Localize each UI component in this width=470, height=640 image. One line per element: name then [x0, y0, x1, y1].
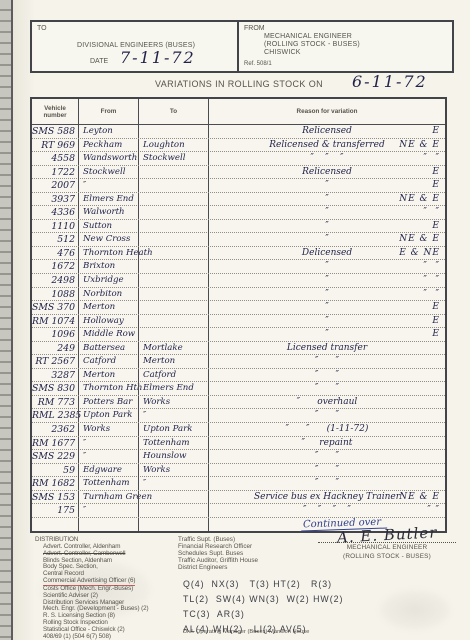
reason-cell: Licensed transfer	[208, 342, 445, 355]
vehicle-number-cell: 175	[32, 504, 78, 517]
date-label: DATE	[90, 58, 108, 65]
vehicle-number-cell: 1096	[32, 328, 78, 341]
reason-cell: ″E	[208, 220, 445, 233]
from-line-1: MECHANICAL ENGINEER	[264, 33, 360, 41]
to-cell	[138, 504, 208, 517]
vehicle-number-cell: 3287	[32, 369, 78, 382]
vehicle-number-cell: 1722	[32, 166, 78, 179]
table-row: RM 1682 Tottenham ″ ″ ″	[32, 477, 445, 491]
vehicle-number-cell: 2498	[32, 274, 78, 287]
vehicle-number-cell: RM 1677	[32, 437, 78, 450]
reason-cell: Service bus ex Hackney TrainerNE & E	[208, 491, 445, 504]
code-line: TC(3) AR(3)	[183, 607, 343, 622]
date-handwritten: 7-11-72	[120, 48, 196, 67]
from-cell: Elmers End	[78, 193, 138, 206]
licensing-mark: NE & E	[399, 193, 440, 206]
from-cell: ″	[78, 179, 138, 192]
vehicle-number-cell: 512	[32, 233, 78, 246]
from-cell: Tottenham	[78, 477, 138, 490]
title-date-handwritten: 6-11-72	[352, 72, 428, 91]
vehicle-number-cell: 3937	[32, 193, 78, 206]
reason-cell: ″ repaint	[208, 437, 445, 450]
reason-cell: DelicensedE & NE	[208, 247, 445, 260]
licensing-mark: ″ ″	[424, 206, 440, 219]
table-row: RML 2385 Upton Park ″ ″ ″	[32, 409, 445, 423]
table-row: 1088 Norbiton ″″ ″	[32, 288, 445, 302]
signatory-role-2: (ROLLING STOCK - BUSES)	[318, 553, 456, 561]
to-cell	[138, 193, 208, 206]
reason-cell: ″NE & E	[208, 233, 445, 246]
page-title: VARIATIONS IN ROLLING STOCK ON	[155, 79, 323, 89]
table-row: 249 Battersea Mortlake Licensed transfer	[32, 342, 445, 356]
from-cell: Battersea	[78, 342, 138, 355]
table-row: 2007 ″ ″E	[32, 179, 445, 193]
reason-cell: ″E	[208, 179, 445, 192]
from-cell: Merton	[78, 301, 138, 314]
to-cell: Works	[138, 464, 208, 477]
reason-cell: ″E	[208, 315, 445, 328]
to-cell: Merton	[138, 355, 208, 368]
table-row: 476 Thornton Heath DelicensedE & NE	[32, 247, 445, 261]
vehicle-number-cell: 1110	[32, 220, 78, 233]
to-box: TO DIVISIONAL ENGINEERS (BUSES) DATE 7-1…	[32, 22, 239, 71]
from-box: FROM MECHANICAL ENGINEER (ROLLING STOCK …	[239, 22, 452, 71]
vehicle-number-cell: 1088	[32, 288, 78, 301]
to-cell	[138, 301, 208, 314]
col-header-reason: Reason for variation	[208, 99, 445, 124]
table-row: SMS 588 Leyton RelicensedE	[32, 125, 445, 139]
table-row: RM 1677 ″ Tottenham ″ repaint	[32, 437, 445, 451]
reason-cell: ″ ″	[208, 477, 445, 490]
distribution-left-items: Advert. Controller, Aldenham Advert. Con…	[35, 544, 183, 640]
from-address: MECHANICAL ENGINEER (ROLLING STOCK - BUS…	[264, 33, 360, 58]
table-row: RM 773 Potters Bar Works ″ overhaul	[32, 396, 445, 410]
distribution-item: 408/69 (1) (504 6(7) 508)	[43, 634, 111, 640]
licensing-mark: ″ ″	[424, 288, 440, 301]
to-cell	[138, 220, 208, 233]
to-cell: Upton Park	[138, 423, 208, 436]
to-cell: Catford	[138, 369, 208, 382]
table-row: 1096 Middle Row ″E	[32, 328, 445, 342]
vehicle-number-cell: 249	[32, 342, 78, 355]
reason-cell: ″ ″	[208, 409, 445, 422]
table-row: 59 Edgware Works ″ ″	[32, 464, 445, 478]
col-header-vehicle-number: Vehicle number	[32, 99, 78, 124]
from-cell: Potters Bar	[78, 396, 138, 409]
licensing-mark: E	[432, 328, 440, 341]
licensing-mark: E & NE	[399, 247, 440, 260]
code-line: Q(4) NX(3) T(3) HT(2) R(3)	[183, 577, 343, 592]
licensing-mark: ″ ″	[427, 504, 440, 517]
reason-cell: ″E	[208, 301, 445, 314]
from-cell: ″	[78, 437, 138, 450]
table-row: 2362 Works Upton Park ″ ″ (1-11-72)	[32, 423, 445, 437]
reason-cell: ″″ ″	[208, 274, 445, 287]
vehicle-number-cell: RM 1682	[32, 477, 78, 490]
reason-cell: ″ ″	[208, 355, 445, 368]
col-header-from: From	[78, 99, 138, 124]
from-cell: Stockwell	[78, 166, 138, 179]
table-row: SMS 370 Merton ″E	[32, 301, 445, 315]
distribution-list-right: Traffic Supt. (Buses) Financial Research…	[178, 537, 258, 572]
to-cell	[138, 328, 208, 341]
table-row: 512 New Cross ″NE & E	[32, 233, 445, 247]
table-row: SMS 830 Thornton Hth Elmers End ″ ″	[32, 382, 445, 396]
licensing-mark: ″ ″	[424, 274, 440, 287]
to-cell: ″	[138, 409, 208, 422]
to-cell: Mortlake	[138, 342, 208, 355]
table-row: 3287 Merton Catford ″ ″	[32, 369, 445, 383]
table-row: 4336 Walworth ″″ ″	[32, 206, 445, 220]
vehicle-number-cell: SMS 370	[32, 301, 78, 314]
licensing-mark: E	[432, 166, 440, 179]
reason-cell: ″ ″ ″″ ″	[208, 152, 445, 165]
from-cell: Turnham Green	[78, 491, 138, 504]
from-cell: Leyton	[78, 125, 138, 138]
table-row: 4558 Wandsworth Stockwell ″ ″ ″″ ″	[32, 152, 445, 166]
to-cell: Stockwell	[138, 152, 208, 165]
vehicle-number-cell: SMS 588	[32, 125, 78, 138]
vehicle-number-cell: RM 773	[32, 396, 78, 409]
to-label: TO	[37, 25, 47, 32]
reason-cell: ″E	[208, 328, 445, 341]
licensing-mark: E	[432, 315, 440, 328]
vehicle-number-cell: 1672	[32, 260, 78, 273]
from-line-3: CHISWICK	[264, 49, 360, 57]
to-cell	[138, 491, 208, 504]
table-row: 1672 Brixton ″″ ″	[32, 260, 445, 274]
to-cell	[138, 206, 208, 219]
licensing-mark: NE & E	[399, 139, 440, 152]
to-cell	[138, 315, 208, 328]
from-cell: Norbiton	[78, 288, 138, 301]
from-cell: Catford	[78, 355, 138, 368]
reason-cell: ″ ″	[208, 450, 445, 463]
to-cell	[138, 125, 208, 138]
from-cell: Thornton Heath	[78, 247, 138, 260]
reason-cell: ″NE & E	[208, 193, 445, 206]
reason-cell: Relicensed & transferredNE & E	[208, 139, 445, 152]
table-row: 2498 Uxbridge ″″ ″	[32, 274, 445, 288]
from-cell: Peckham	[78, 139, 138, 152]
from-cell: Edgware	[78, 464, 138, 477]
licensing-mark: E	[432, 179, 440, 192]
reason-cell: RelicensedE	[208, 125, 445, 138]
vehicle-number-cell: SMS 153	[32, 491, 78, 504]
licensing-mark: ″ ″	[424, 152, 440, 165]
to-cell: Hounslow	[138, 450, 208, 463]
table-row: RM 1074 Holloway ″E	[32, 315, 445, 329]
reason-cell: ″ ″	[208, 382, 445, 395]
from-line-2: (ROLLING STOCK - BUSES)	[264, 41, 360, 49]
from-label: FROM	[244, 25, 265, 32]
from-cell: Brixton	[78, 260, 138, 273]
from-cell	[78, 518, 138, 532]
to-cell	[138, 166, 208, 179]
vehicle-number-cell: 2362	[32, 423, 78, 436]
licensing-mark: E	[432, 220, 440, 233]
table-header-row: Vehicle number From To Reason for variat…	[32, 99, 445, 125]
from-cell: Uxbridge	[78, 274, 138, 287]
reason-cell: ″″ ″	[208, 206, 445, 219]
vehicle-number-cell: 4558	[32, 152, 78, 165]
code-line: TL(2) SW(4) WN(3) W(2) HW(2)	[183, 592, 343, 607]
signature-block: A. E. Butler MECHANICAL ENGINEER (ROLLIN…	[318, 526, 456, 560]
reason-cell: ″ overhaul	[208, 396, 445, 409]
from-cell: Wandsworth	[78, 152, 138, 165]
vehicle-number-cell: 476	[32, 247, 78, 260]
table-row: SMS 153 Turnham Green Service bus ex Hac…	[32, 491, 445, 505]
from-cell: ″	[78, 450, 138, 463]
licensing-mark: NE & E	[399, 491, 440, 504]
table-row: 3937 Elmers End ″NE & E	[32, 193, 445, 207]
to-cell: ″	[138, 477, 208, 490]
to-cell	[138, 518, 208, 532]
to-cell	[138, 260, 208, 273]
from-cell: Merton	[78, 369, 138, 382]
reason-cell: ″″ ″	[208, 288, 445, 301]
from-cell: Walworth	[78, 206, 138, 219]
table-row: SMS 229 ″ Hounslow ″ ″	[32, 450, 445, 464]
from-cell: Sutton	[78, 220, 138, 233]
vehicle-number-cell: RM 1074	[32, 315, 78, 328]
from-cell: Thornton Hth	[78, 382, 138, 395]
licensing-mark: NE & E	[399, 233, 440, 246]
vehicle-number-cell: RML 2385	[32, 409, 78, 422]
table-row: 1722 Stockwell RelicensedE	[32, 166, 445, 180]
from-cell: Works	[78, 423, 138, 436]
variations-table: Vehicle number From To Reason for variat…	[30, 97, 447, 533]
from-cell: ″	[78, 504, 138, 517]
table-row: 1110 Sutton ″E	[32, 220, 445, 234]
licensing-mark: E	[432, 301, 440, 314]
col-header-to: To	[138, 99, 208, 124]
to-cell	[138, 247, 208, 260]
from-cell: Middle Row	[78, 328, 138, 341]
from-cell: Holloway	[78, 315, 138, 328]
vehicle-number-cell	[32, 518, 78, 532]
vehicle-number-cell: SMS 830	[32, 382, 78, 395]
reason-cell: ″ ″ ″ ″″ ″	[208, 504, 445, 517]
licensing-mark: ″ ″	[424, 260, 440, 273]
table-row: RT 969 Peckham Loughton Relicensed & tra…	[32, 139, 445, 153]
scan-artifact	[380, 590, 450, 630]
to-cell	[138, 179, 208, 192]
to-cell: Tottenham	[138, 437, 208, 450]
vehicle-number-cell: 59	[32, 464, 78, 477]
licensing-mark: E	[432, 125, 440, 138]
reason-cell: ″ ″ (1-11-72)	[208, 423, 445, 436]
distribution-list-left: DISTRIBUTION Advert. Controller, Aldenha…	[35, 537, 183, 640]
scanned-memo-page: TO DIVISIONAL ENGINEERS (BUSES) DATE 7-1…	[0, 0, 470, 640]
to-cell	[138, 274, 208, 287]
vehicle-number-cell: 2007	[32, 179, 78, 192]
from-cell: New Cross	[78, 233, 138, 246]
scan-binding-edge	[0, 0, 13, 640]
from-cell: Upton Park	[78, 409, 138, 422]
distribution-item: District Engineers	[178, 565, 227, 572]
to-cell: Elmers End	[138, 382, 208, 395]
garage-allocation-codes: Q(4) NX(3) T(3) HT(2) R(3) TL(2) SW(4) W…	[183, 577, 343, 637]
table-body: SMS 588 Leyton RelicensedE RT 969 Peckha…	[32, 125, 445, 531]
reason-cell: RelicensedE	[208, 166, 445, 179]
to-cell: Loughton	[138, 139, 208, 152]
vehicle-number-cell: 4336	[32, 206, 78, 219]
header-boxes: TO DIVISIONAL ENGINEERS (BUSES) DATE 7-1…	[30, 20, 454, 73]
reason-cell: ″ ″	[208, 464, 445, 477]
to-cell: Works	[138, 396, 208, 409]
vehicle-number-cell: RT 969	[32, 139, 78, 152]
table-row: RT 2567 Catford Merton ″ ″	[32, 355, 445, 369]
reason-cell: ″″ ″	[208, 260, 445, 273]
ref-number: Ref. 508/1	[244, 61, 272, 67]
divl-operating-manager-line: Divl. Operating Manager (Buses) Mansion …	[183, 629, 309, 635]
reason-cell: ″ ″	[208, 369, 445, 382]
vehicle-number-cell: SMS 229	[32, 450, 78, 463]
to-cell	[138, 233, 208, 246]
to-cell	[138, 288, 208, 301]
vehicle-number-cell: RT 2567	[32, 355, 78, 368]
